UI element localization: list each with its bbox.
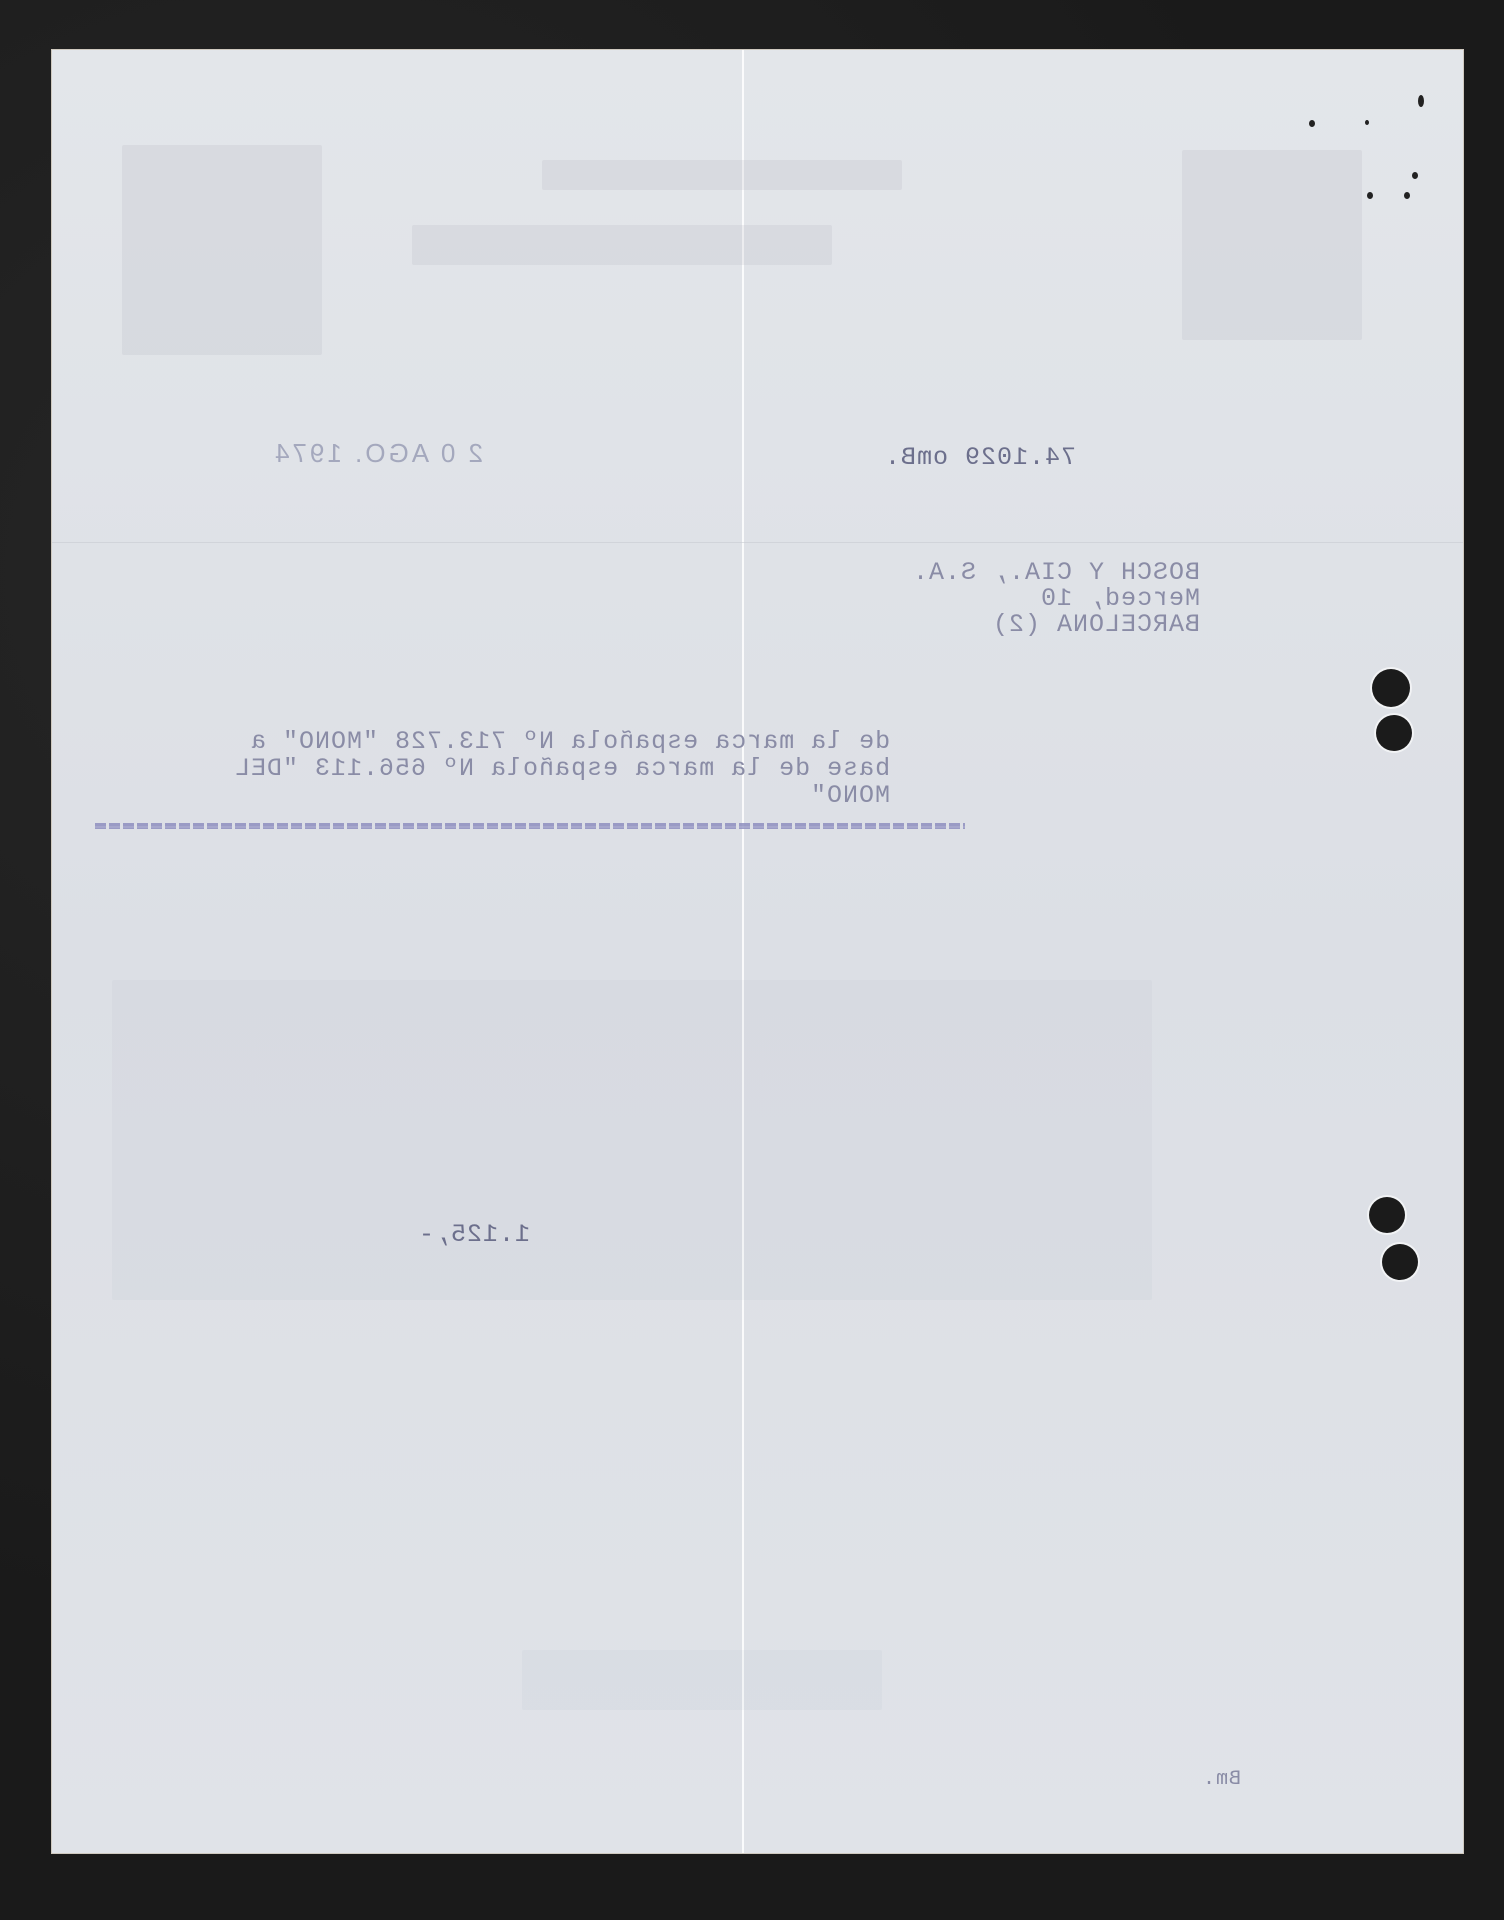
pin-mark — [1412, 172, 1418, 179]
show-through-letterhead — [122, 145, 322, 355]
punch-hole — [1372, 669, 1410, 707]
punch-hole — [1369, 1197, 1405, 1233]
show-through-address — [412, 225, 832, 265]
separator-line — [95, 823, 965, 829]
subject-line-2: base de la marca española Nº 656.113 "DE… — [130, 755, 890, 782]
recipient-city: BARCELONA (2) — [820, 612, 1200, 638]
pin-mark — [1310, 122, 1314, 126]
punch-hole — [1376, 715, 1412, 751]
pin-mark — [1418, 95, 1424, 107]
show-through-top-right — [1182, 150, 1362, 340]
amount: 1.125,- — [418, 1222, 530, 1247]
date-stamp: 2 0 AGO. 1974 — [272, 438, 483, 469]
pin-mark — [1365, 120, 1369, 125]
document-page: 2 0 AGO. 1974 74.1029 omB. BOSCH Y CIA.,… — [52, 50, 1463, 1853]
recipient-street: Merced, 10 — [820, 586, 1200, 612]
show-through-body — [112, 980, 1152, 1300]
subject-line-3: MONO" — [130, 782, 890, 809]
pin-mark — [1404, 192, 1410, 199]
show-through-title — [542, 160, 902, 190]
pin-mark — [1367, 192, 1373, 199]
punch-hole — [1382, 1244, 1418, 1280]
subject-block: de la marca española Nº 713.728 "MONO" a… — [130, 728, 890, 809]
reference-number: 74.1029 omB. — [884, 445, 1076, 470]
typist-initials: Bm. — [1202, 1767, 1241, 1792]
paper-crease — [52, 542, 1463, 543]
show-through-footer — [522, 1650, 882, 1710]
recipient-name: BOSCH Y CIA., S.A. — [820, 560, 1200, 586]
recipient-block: BOSCH Y CIA., S.A. Merced, 10 BARCELONA … — [820, 560, 1200, 638]
subject-line-1: de la marca española Nº 713.728 "MONO" a — [130, 728, 890, 755]
